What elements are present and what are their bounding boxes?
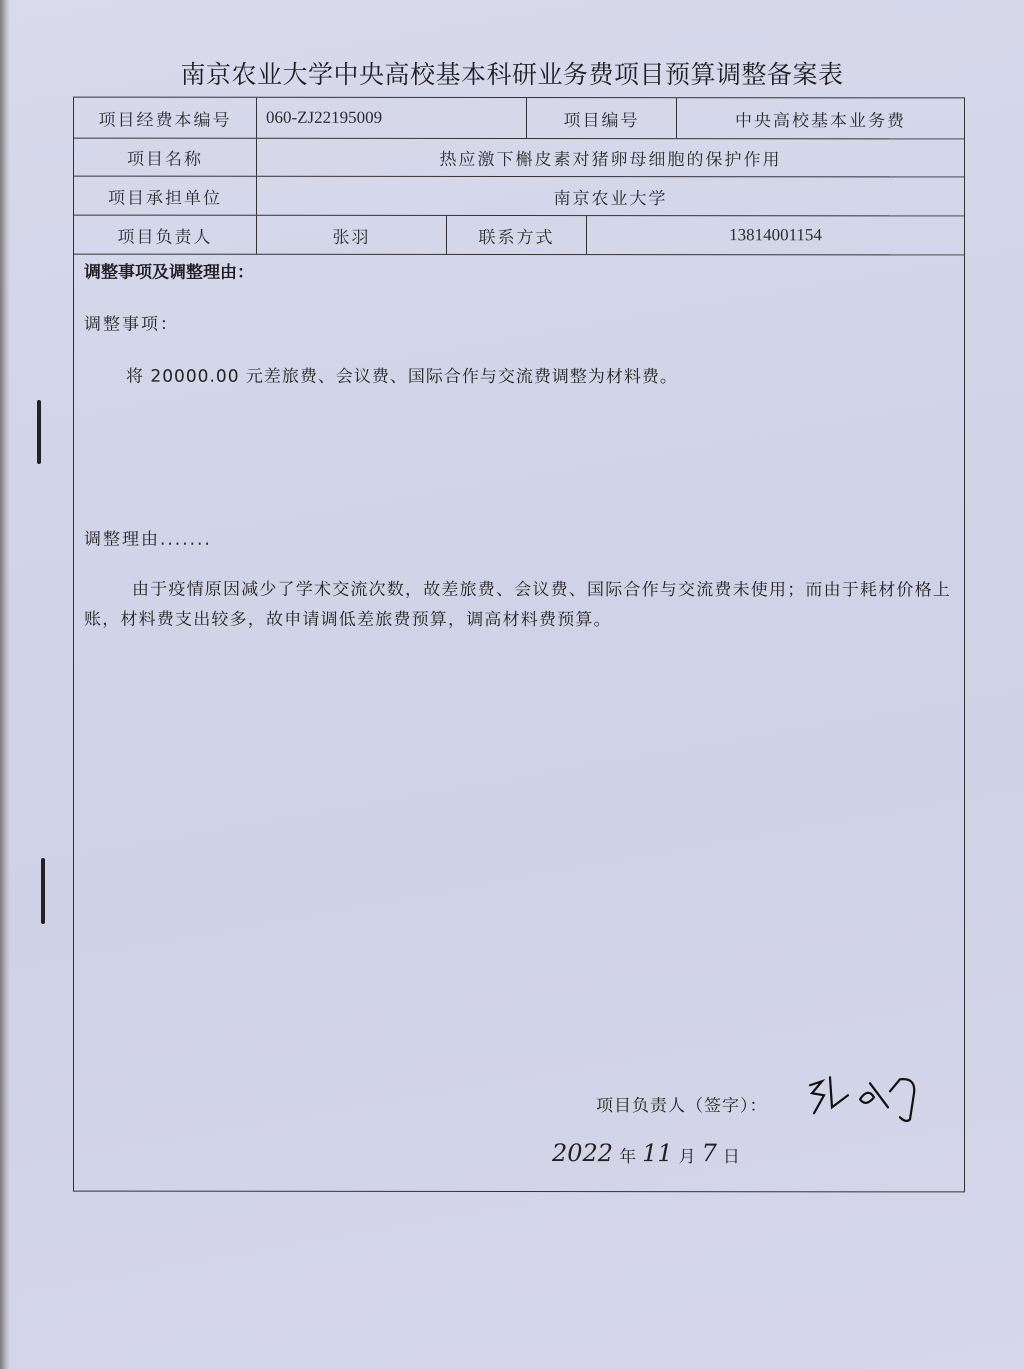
staple-mark	[37, 400, 41, 464]
adjustment-text: 将 20000.00 元差旅费、会议费、国际合作与交流费调整为材料费。	[126, 362, 678, 387]
label-contact: 联系方式	[447, 216, 587, 254]
form-row-budget: 项目经费本编号 060-ZJ22195009 项目编号 中央高校基本业务费	[74, 98, 964, 140]
section-heading: 调整事项及调整理由：	[84, 258, 254, 283]
date-day-unit: 日	[723, 1142, 740, 1167]
signature-label: 项目负责人（签字）：	[596, 1091, 768, 1116]
adjustment-section: 调整事项及调整理由： 调整事项： 将 20000.00 元差旅费、会议费、国际合…	[74, 255, 964, 1191]
project-number-value: 中央高校基本业务费	[677, 98, 964, 138]
budget-number-value: 060-ZJ22195009	[257, 98, 527, 138]
label-project-number: 项目编号	[527, 98, 677, 138]
leader-value: 张羽	[257, 216, 447, 254]
sign-date: 2022 年 11 月 7 日	[552, 1139, 740, 1167]
filing-form: 项目经费本编号 060-ZJ22195009 项目编号 中央高校基本业务费 项目…	[73, 97, 965, 1193]
date-year-unit: 年	[619, 1142, 636, 1167]
unit-value: 南京农业大学	[257, 177, 964, 216]
reason-text: 由于疫情原因减少了学术交流次数，故差旅费、会议费、国际合作与交流费未使用；而由于…	[84, 575, 964, 636]
document-title: 南京农业大学中央高校基本科研业务费项目预算调整备案表	[0, 55, 1024, 91]
contact-value: 13814001154	[587, 216, 964, 254]
page-edge-shadow	[0, 0, 10, 1369]
date-day: 7	[702, 1139, 717, 1167]
form-row-project-name: 项目名称 热应激下槲皮素对猪卵母细胞的保护作用	[74, 139, 964, 178]
form-row-unit: 项目承担单位 南京农业大学	[74, 177, 964, 217]
label-project-name: 项目名称	[74, 139, 257, 176]
date-month-unit: 月	[679, 1142, 696, 1167]
date-year: 2022	[552, 1139, 613, 1167]
form-row-leader: 项目负责人 张羽 联系方式 13814001154	[74, 216, 964, 256]
label-budget-number: 项目经费本编号	[74, 98, 257, 138]
date-month: 11	[642, 1139, 673, 1167]
staple-mark	[41, 858, 45, 924]
project-name-value: 热应激下槲皮素对猪卵母细胞的保护作用	[257, 139, 964, 177]
label-unit: 项目承担单位	[74, 177, 257, 215]
reason-label: 调整理由.......	[84, 525, 212, 550]
label-leader: 项目负责人	[74, 216, 257, 254]
handwritten-signature	[804, 1073, 924, 1123]
adjustment-label: 调整事项：	[84, 310, 179, 335]
